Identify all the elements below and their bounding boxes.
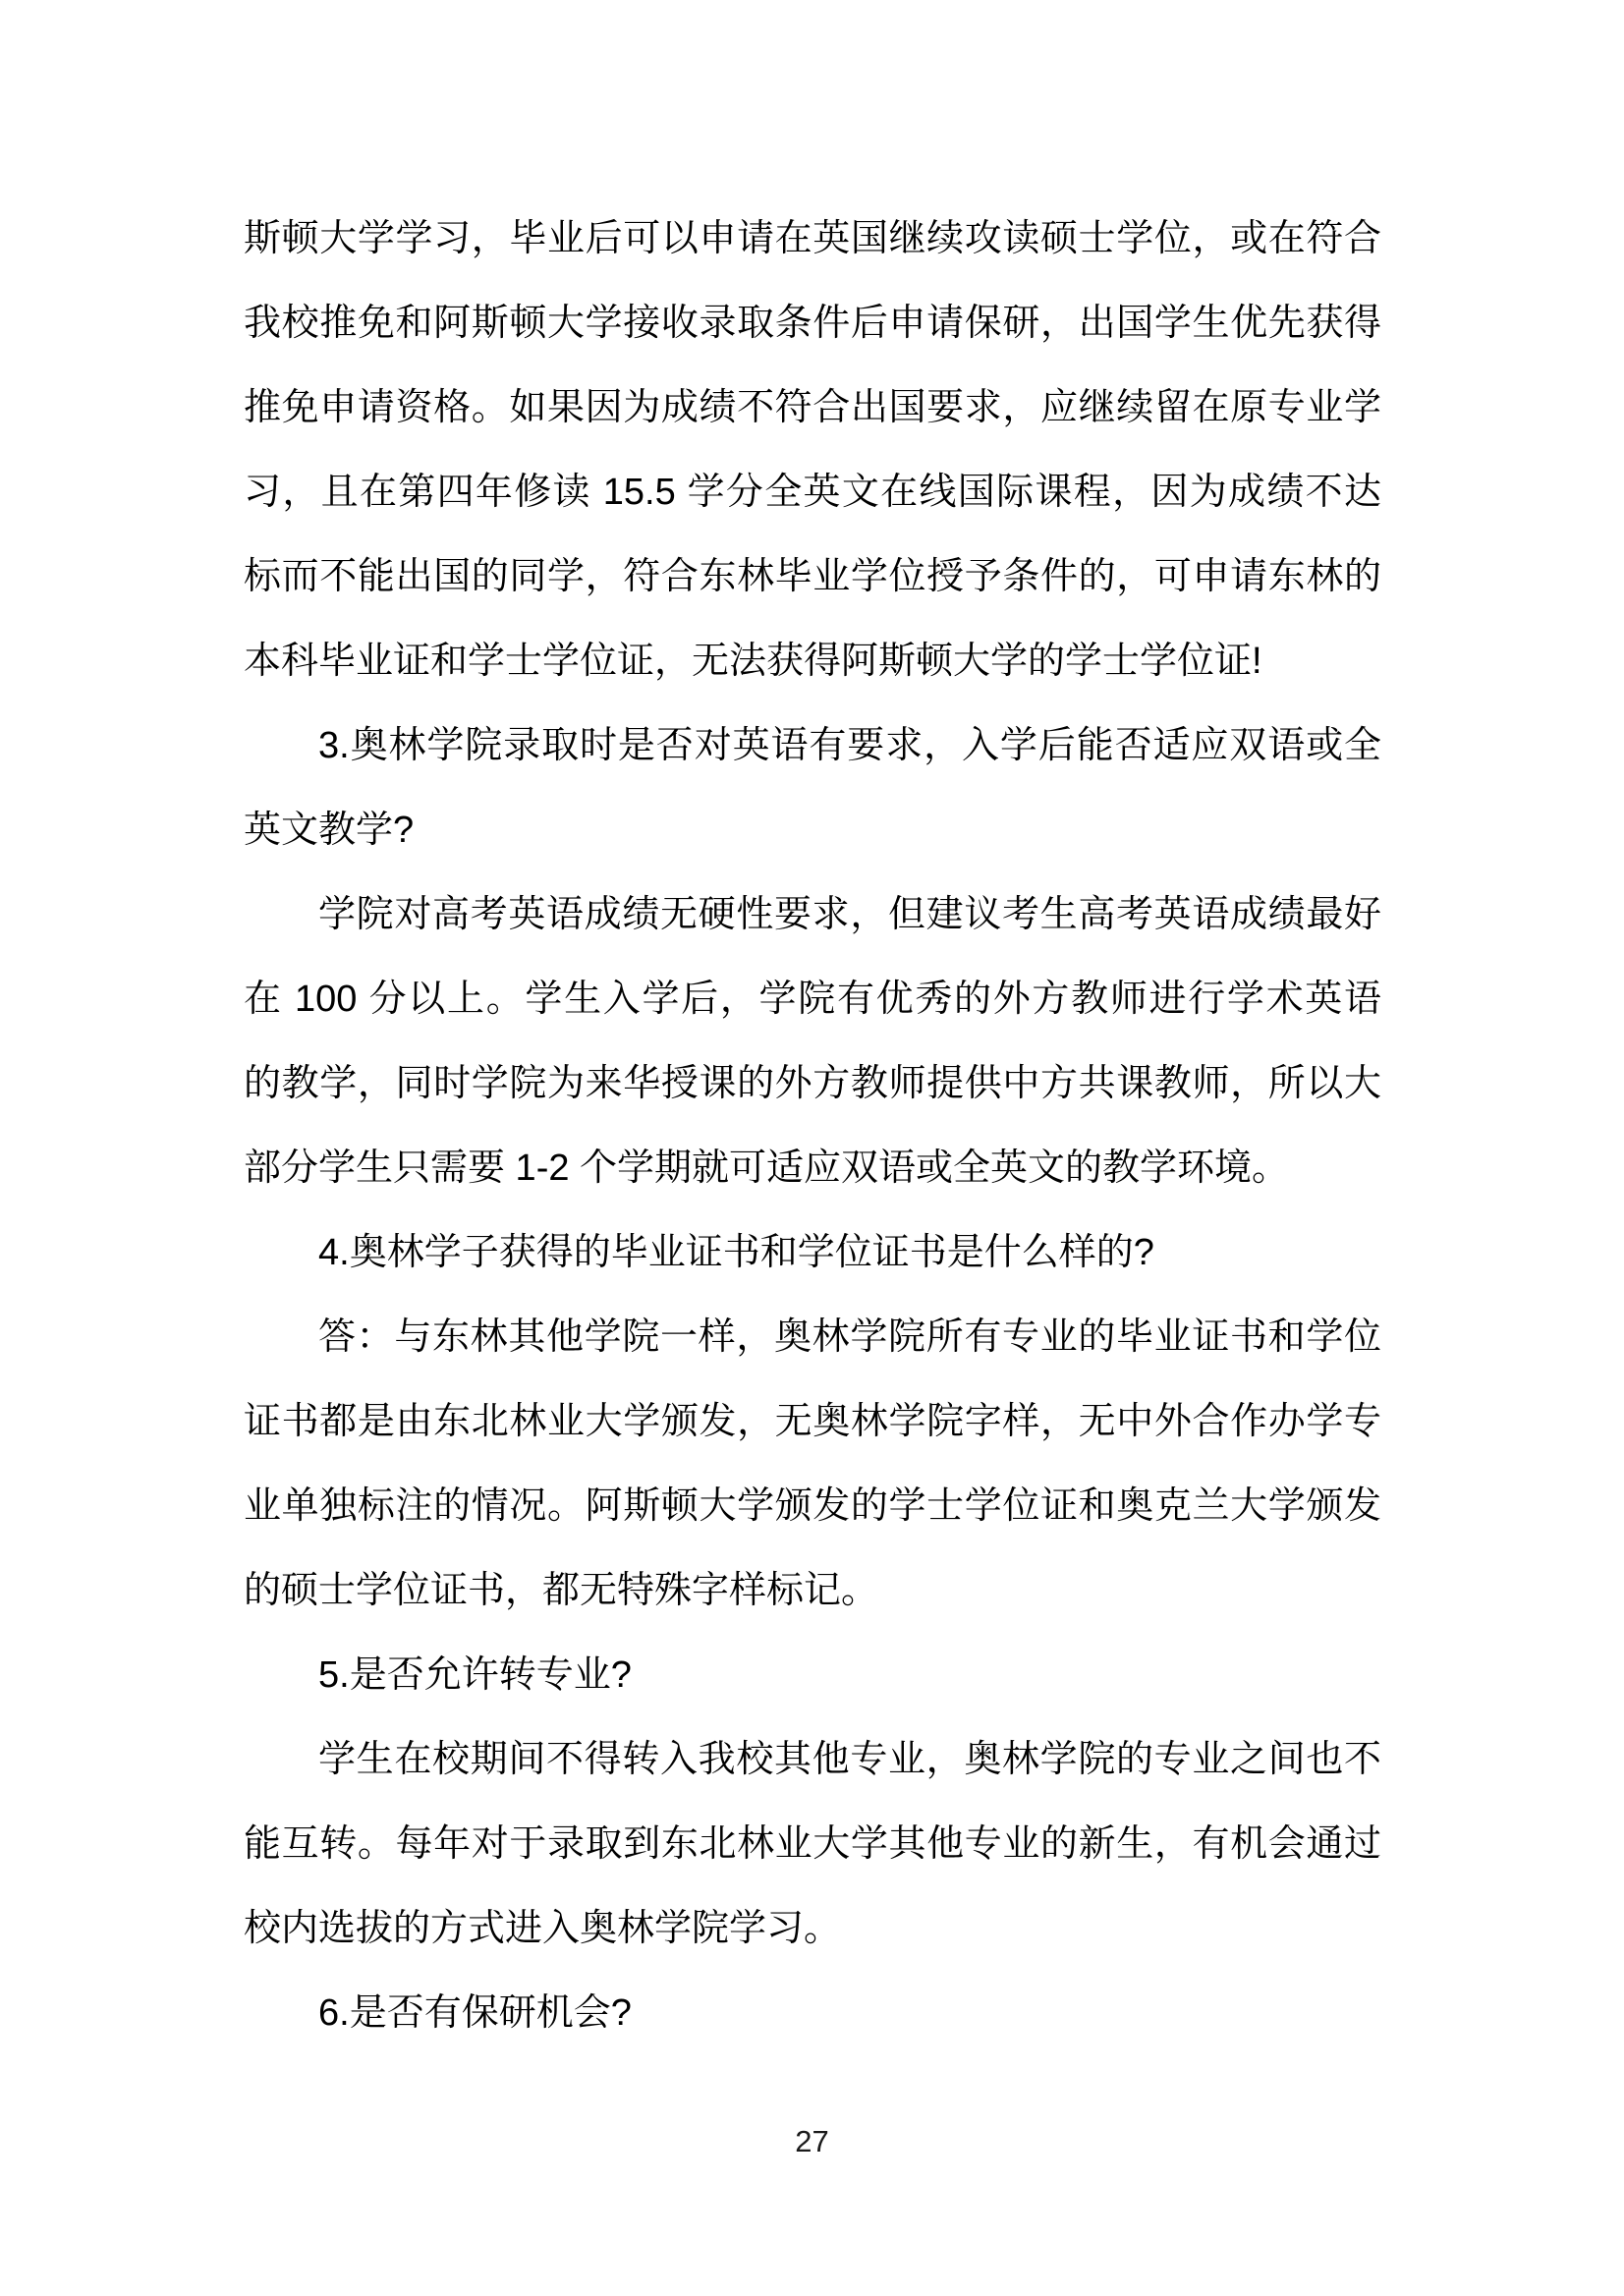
text-line: 英文教学? [244,788,1381,872]
text-line: 5.是否允许转专业? [244,1633,1381,1717]
text-line: 答：与东林其他学院一样，奥林学院所有专业的毕业证书和学位 [244,1295,1381,1379]
text-line: 业单独标注的情况。阿斯顿大学颁发的学士学位证和奥克兰大学颁发 [244,1464,1381,1548]
text-line: 3.奥林学院录取时是否对英语有要求，入学后能否适应双语或全 [244,703,1381,788]
text-line: 的教学，同时学院为来华授课的外方教师提供中方共课教师，所以大 [244,1041,1381,1126]
page-number: 27 [0,2124,1624,2159]
text-line: 部分学生只需要 1-2 个学期就可适应双语或全英文的教学环境。 [244,1126,1381,1210]
text-line: 校内选拔的方式进入奥林学院学习。 [244,1886,1381,1971]
text-line: 推免申请资格。如果因为成绩不符合出国要求，应继续留在原专业学 [244,365,1381,450]
text-line: 习，且在第四年修读 15.5 学分全英文在线国际课程，因为成绩不达 [244,450,1381,534]
document-body: 斯顿大学学习，毕业后可以申请在英国继续攻读硕士学位，或在符合我校推免和阿斯顿大学… [244,196,1381,2055]
text-line: 的硕士学位证书，都无特殊字样标记。 [244,1548,1381,1633]
text-line: 在 100 分以上。学生入学后，学院有优秀的外方教师进行学术英语 [244,957,1381,1041]
text-line: 证书都是由东北林业大学颁发，无奥林学院字样，无中外合作办学专 [244,1379,1381,1464]
text-line: 本科毕业证和学士学位证，无法获得阿斯顿大学的学士学位证! [244,619,1381,703]
text-line: 能互转。每年对于录取到东北林业大学其他专业的新生，有机会通过 [244,1802,1381,1886]
text-line: 4.奥林学子获得的毕业证书和学位证书是什么样的? [244,1210,1381,1295]
text-line: 斯顿大学学习，毕业后可以申请在英国继续攻读硕士学位，或在符合 [244,196,1381,281]
text-line: 学院对高考英语成绩无硬性要求，但建议考生高考英语成绩最好 [244,872,1381,957]
text-line: 6.是否有保研机会? [244,1971,1381,2055]
text-line: 学生在校期间不得转入我校其他专业，奥林学院的专业之间也不 [244,1717,1381,1802]
text-line: 标而不能出国的同学，符合东林毕业学位授予条件的，可申请东林的 [244,534,1381,619]
text-line: 我校推免和阿斯顿大学接收录取条件后申请保研，出国学生优先获得 [244,281,1381,365]
document-page: 斯顿大学学习，毕业后可以申请在英国继续攻读硕士学位，或在符合我校推免和阿斯顿大学… [0,0,1624,2296]
